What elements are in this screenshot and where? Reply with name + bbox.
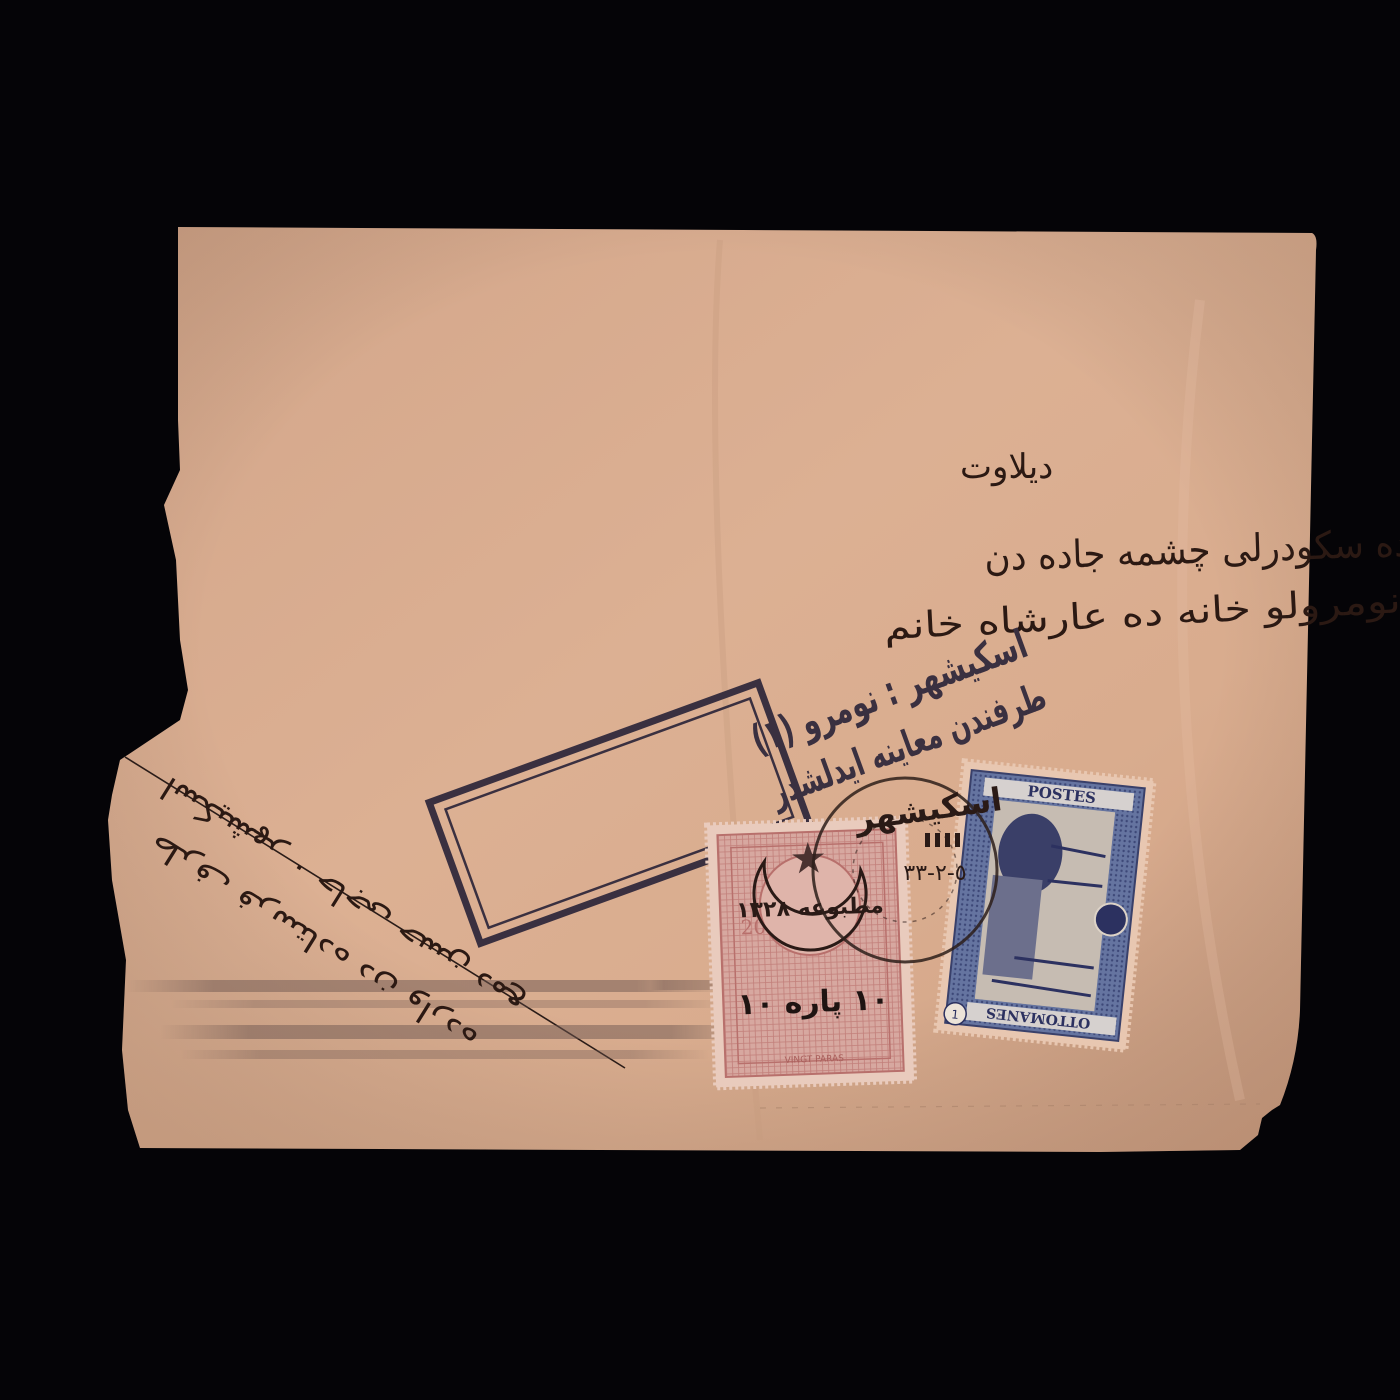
stamp-pink-inscription: VINGT PARAS	[784, 1054, 844, 1066]
address-honorific: دیلاوت	[960, 447, 1053, 487]
envelope-photo: دیلاوت قاضی کوینده آلتی یول آغزنده سکودر…	[0, 0, 1400, 1400]
stamp-blue-corner-value: 1	[951, 1007, 960, 1022]
stamp-pink-surcharge: ١٠ پاره ١٠	[737, 982, 890, 1022]
postmark-date: ٥-٢-٣٣	[903, 861, 966, 886]
stamp-pink-overprint: 20 VINGT PARAS مطبوعه ١٣٢٨ ١٠ پاره ١٠	[707, 819, 914, 1088]
